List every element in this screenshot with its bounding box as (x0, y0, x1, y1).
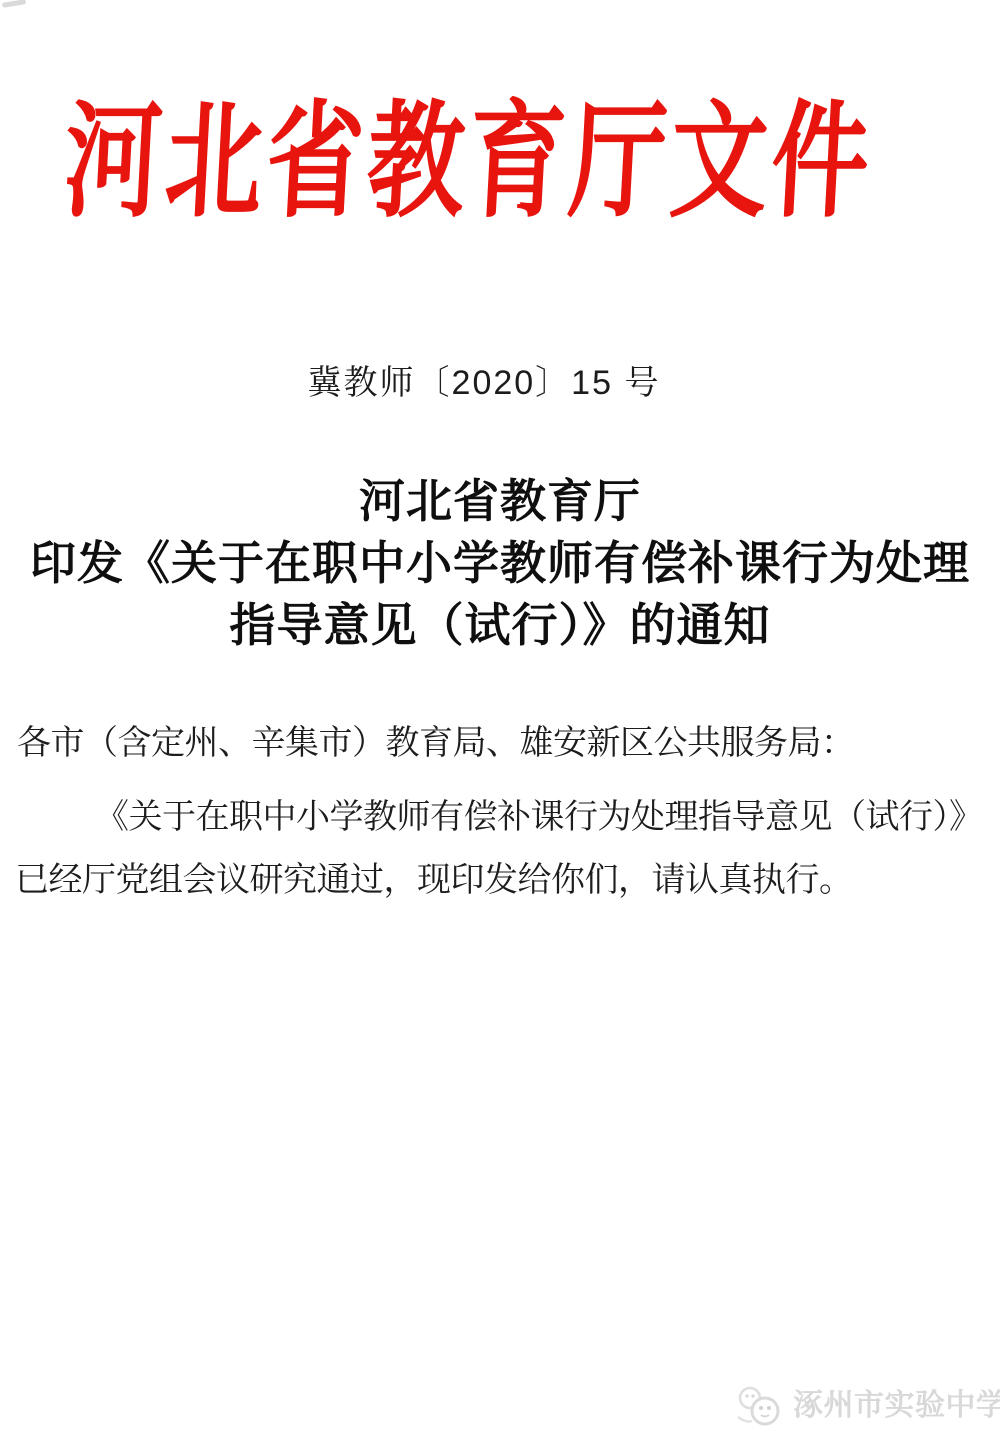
document-title-line3: 指导意见（试行）》的通知 (0, 594, 1000, 656)
document-number: 冀教师〔2020〕15 号 (0, 360, 968, 406)
recipients-line: 各市（含定州、辛集市）教育局、雄安新区公共服务局： (17, 721, 855, 765)
watermark: 涿州市实验中学 (736, 1383, 1000, 1429)
body-paragraph-line2: 已经厅党组会议研究通过，现印发给你们，请认真执行。 (15, 858, 853, 902)
official-document-page: 河北省教育厅文件 冀教师〔2020〕15 号 河北省教育厅 印发《关于在职中小学… (0, 0, 1000, 1456)
document-title: 河北省教育厅 印发《关于在职中小学教师有偿补课行为处理 指导意见（试行）》的通知 (0, 470, 1000, 656)
document-letterhead: 河北省教育厅文件 (61, 97, 790, 227)
document-title-line2: 印发《关于在职中小学教师有偿补课行为处理 (0, 532, 1000, 594)
scan-artifact (2, 0, 26, 8)
document-title-line1: 河北省教育厅 (0, 470, 1000, 532)
watermark-text: 涿州市实验中学 (793, 1383, 1000, 1429)
body-paragraph-line1: 《关于在职中小学教师有偿补课行为处理指导意见（试行）》 (95, 795, 983, 839)
school-mascot-logo-icon (736, 1383, 784, 1429)
